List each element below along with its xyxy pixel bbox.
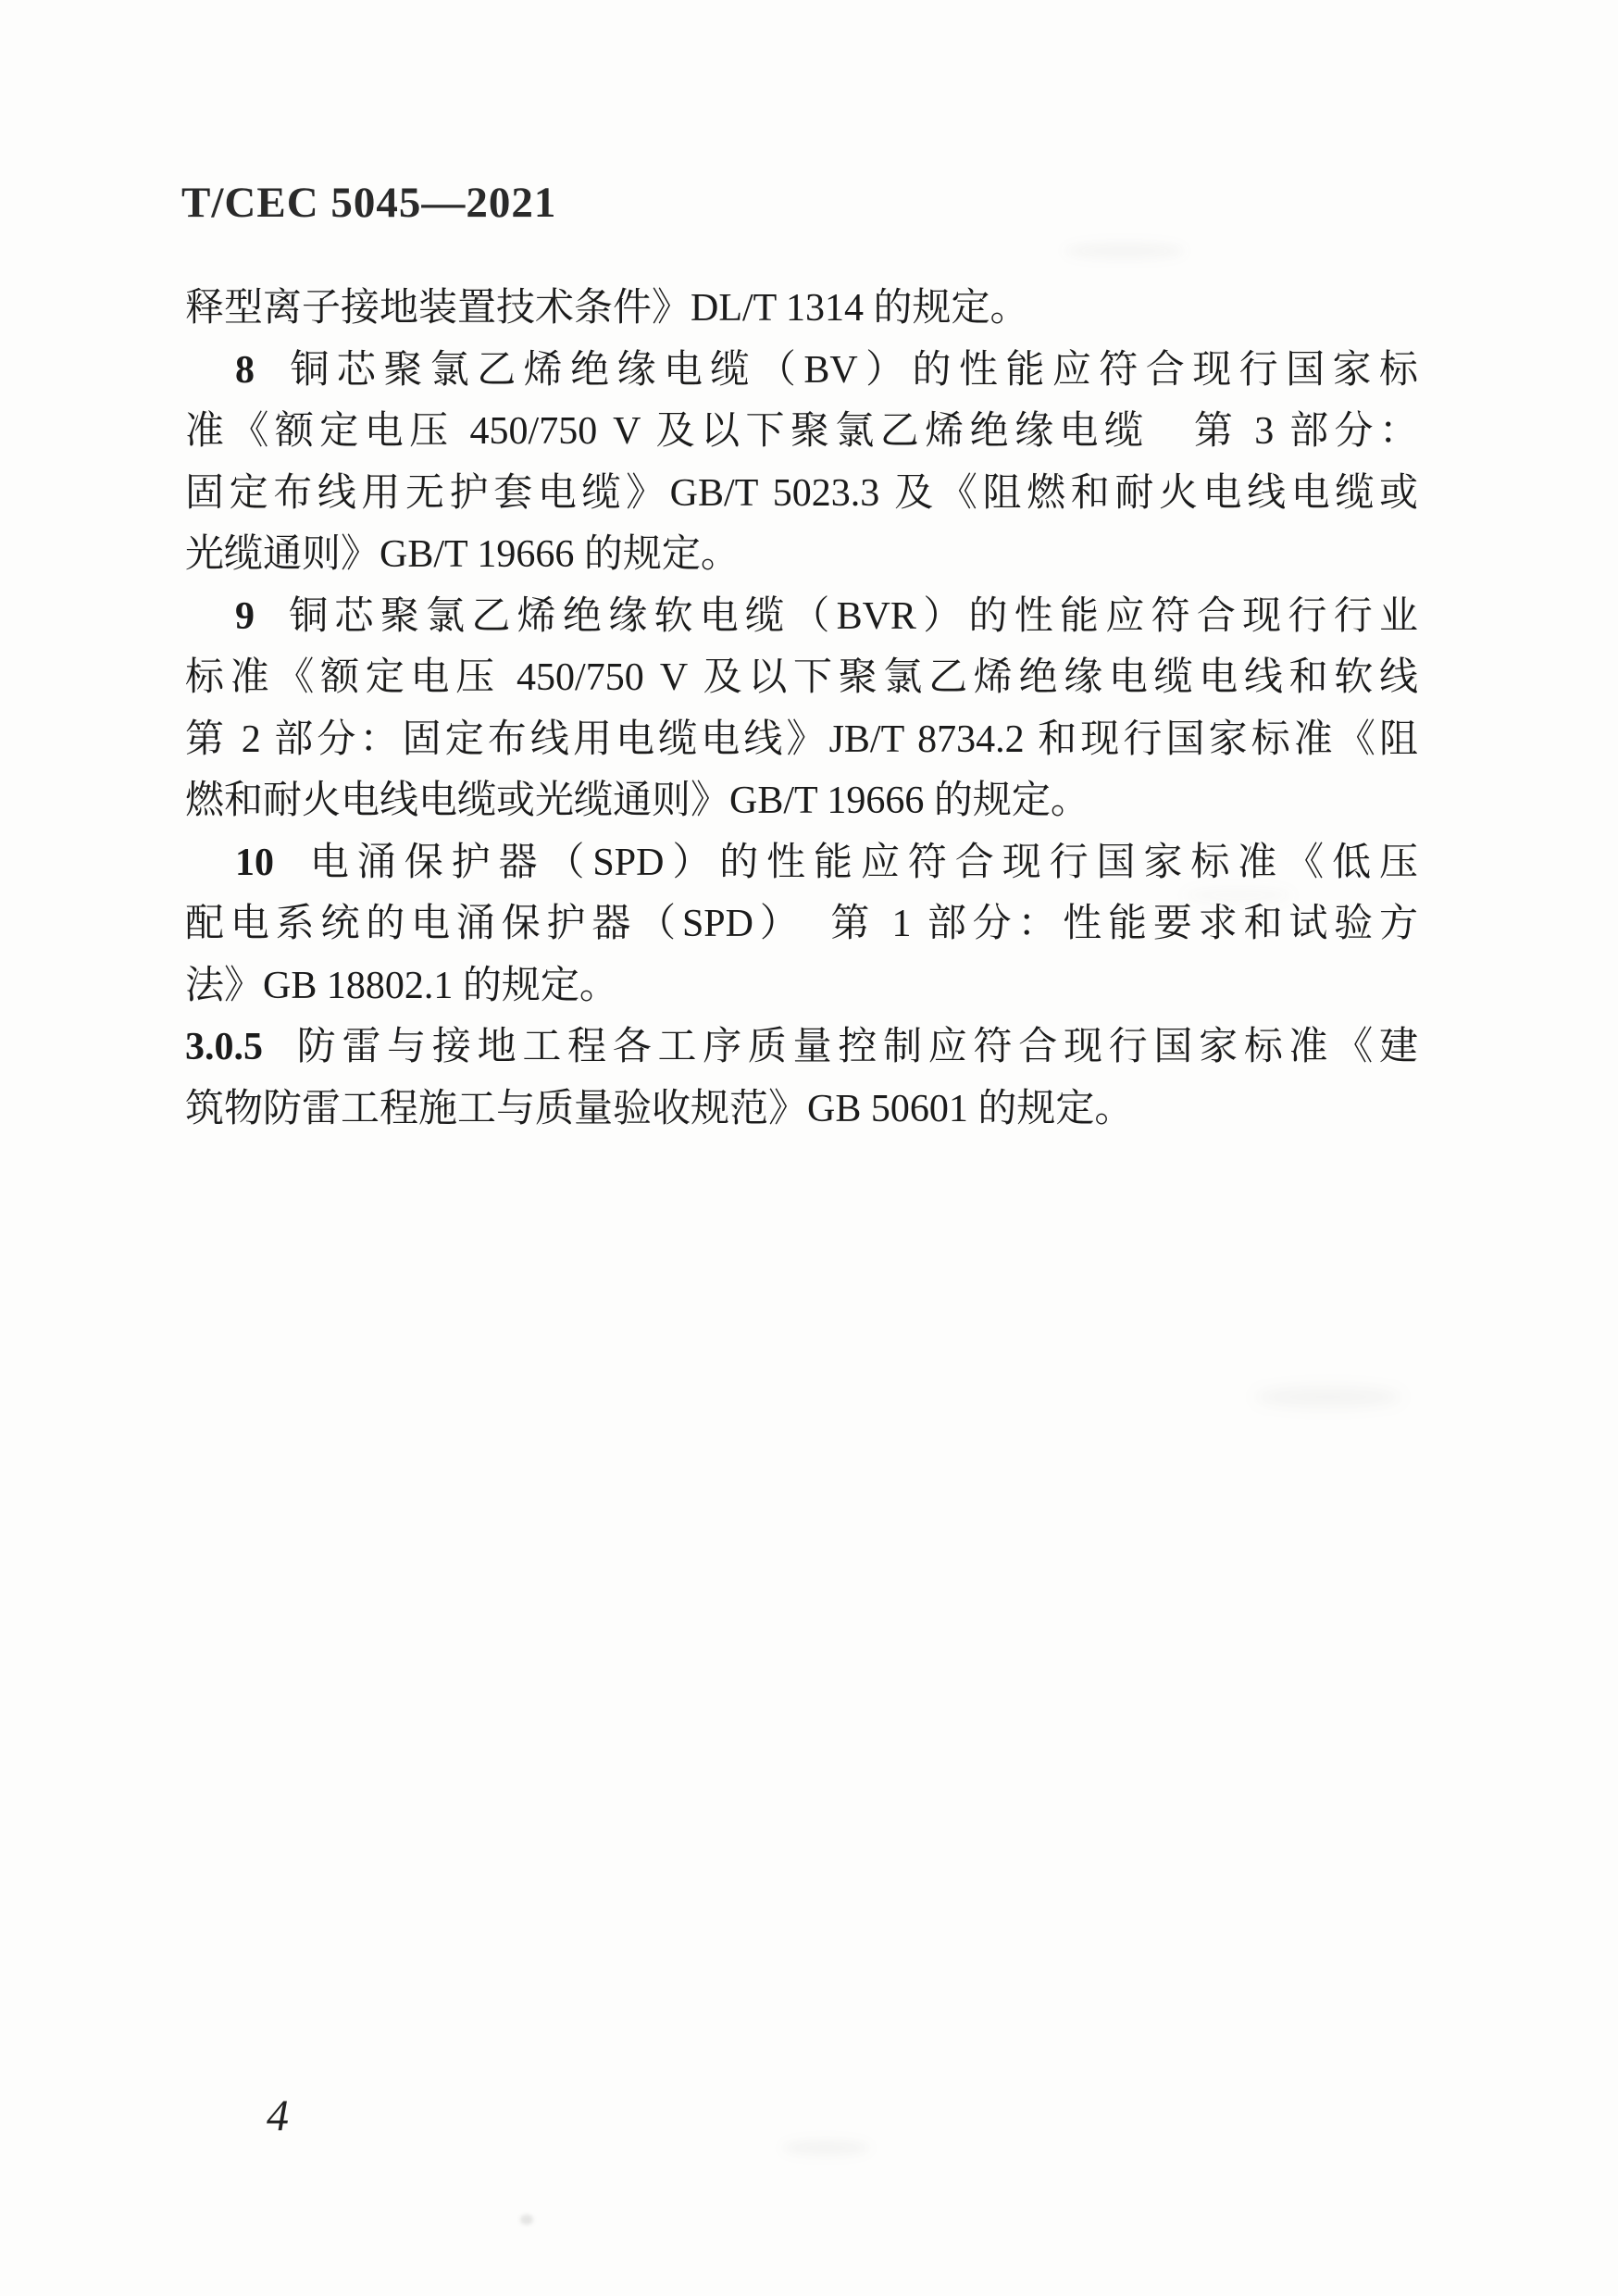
scan-smudge	[1064, 243, 1185, 259]
line-text: 配电系统的电涌保护器（SPD） 第 1 部分：性能要求和试验方	[185, 903, 1418, 945]
line-text: 光缆通则》GB/T 19666 的规定。	[185, 533, 740, 576]
text-line: 第 2 部分：固定布线用电缆电线》JB/T 8734.2 和现行国家标准《阻	[185, 709, 1418, 771]
text-line: 光缆通则》GB/T 19666 的规定。	[185, 524, 1418, 586]
line-text: 释型离子接地装置技术条件》DL/T 1314 的规定。	[185, 287, 1029, 330]
item-number: 3.0.5	[185, 1026, 263, 1068]
text-line: 8铜芯聚氯乙烯绝缘电缆（BV）的性能应符合现行国家标	[185, 340, 1418, 402]
scan-smudge	[520, 2215, 533, 2225]
line-text: 筑物防雷工程施工与质量验收规范》GB 50601 的规定。	[185, 1088, 1133, 1130]
line-text: 铜芯聚氯乙烯绝缘软电缆（BVR）的性能应符合现行行业	[282, 595, 1418, 638]
scan-smudge	[782, 2140, 870, 2155]
text-line: 配电系统的电涌保护器（SPD） 第 1 部分：性能要求和试验方	[185, 893, 1418, 955]
text-line: 准《额定电压 450/750 V 及以下聚氯乙烯绝缘电缆 第 3 部分：	[185, 401, 1418, 463]
text-line: 标准《额定电压 450/750 V 及以下聚氯乙烯绝缘电缆电线和软线	[185, 647, 1418, 709]
line-text: 燃和耐火电线电缆或光缆通则》GB/T 19666 的规定。	[185, 780, 1089, 822]
item-number: 9	[235, 595, 255, 638]
text-line: 9铜芯聚氯乙烯绝缘软电缆（BVR）的性能应符合现行行业	[185, 586, 1418, 648]
line-text: 法》GB 18802.1 的规定。	[185, 965, 618, 1007]
text-line: 固定布线用无护套电缆》GB/T 5023.3 及《阻燃和耐火电线电缆或	[185, 463, 1418, 525]
scanned-document-page: T/CEC 5045—2021 释型离子接地装置技术条件》DL/T 1314 的…	[0, 0, 1618, 2296]
line-text: 防雷与接地工程各工序质量控制应符合现行国家标准《建	[291, 1026, 1418, 1068]
text-line: 法》GB 18802.1 的规定。	[185, 955, 1418, 1017]
item-number: 8	[235, 349, 255, 392]
page-number: 4	[267, 2090, 289, 2141]
scan-smudge	[1254, 1387, 1402, 1407]
line-text: 固定布线用无护套电缆》GB/T 5023.3 及《阻燃和耐火电线电缆或	[185, 472, 1418, 515]
text-line: 10电涌保护器（SPD）的性能应符合现行国家标准《低压	[185, 832, 1418, 894]
text-line: 释型离子接地装置技术条件》DL/T 1314 的规定。	[185, 278, 1418, 340]
line-text: 电涌保护器（SPD）的性能应符合现行国家标准《低压	[302, 842, 1418, 884]
line-text: 准《额定电压 450/750 V 及以下聚氯乙烯绝缘电缆 第 3 部分：	[185, 410, 1418, 453]
document-code: T/CEC 5045—2021	[181, 178, 556, 228]
item-number: 10	[235, 842, 274, 884]
text-line: 筑物防雷工程施工与质量验收规范》GB 50601 的规定。	[185, 1079, 1418, 1141]
line-text: 第 2 部分：固定布线用电缆电线》JB/T 8734.2 和现行国家标准《阻	[185, 718, 1418, 761]
document-body: 释型离子接地装置技术条件》DL/T 1314 的规定。 8铜芯聚氯乙烯绝缘电缆（…	[185, 278, 1418, 1140]
line-text: 标准《额定电压 450/750 V 及以下聚氯乙烯绝缘电缆电线和软线	[185, 656, 1418, 699]
text-line: 3.0.5防雷与接地工程各工序质量控制应符合现行国家标准《建	[185, 1017, 1418, 1079]
line-text: 铜芯聚氯乙烯绝缘电缆（BV）的性能应符合现行国家标	[282, 349, 1418, 392]
text-line: 燃和耐火电线电缆或光缆通则》GB/T 19666 的规定。	[185, 770, 1418, 832]
